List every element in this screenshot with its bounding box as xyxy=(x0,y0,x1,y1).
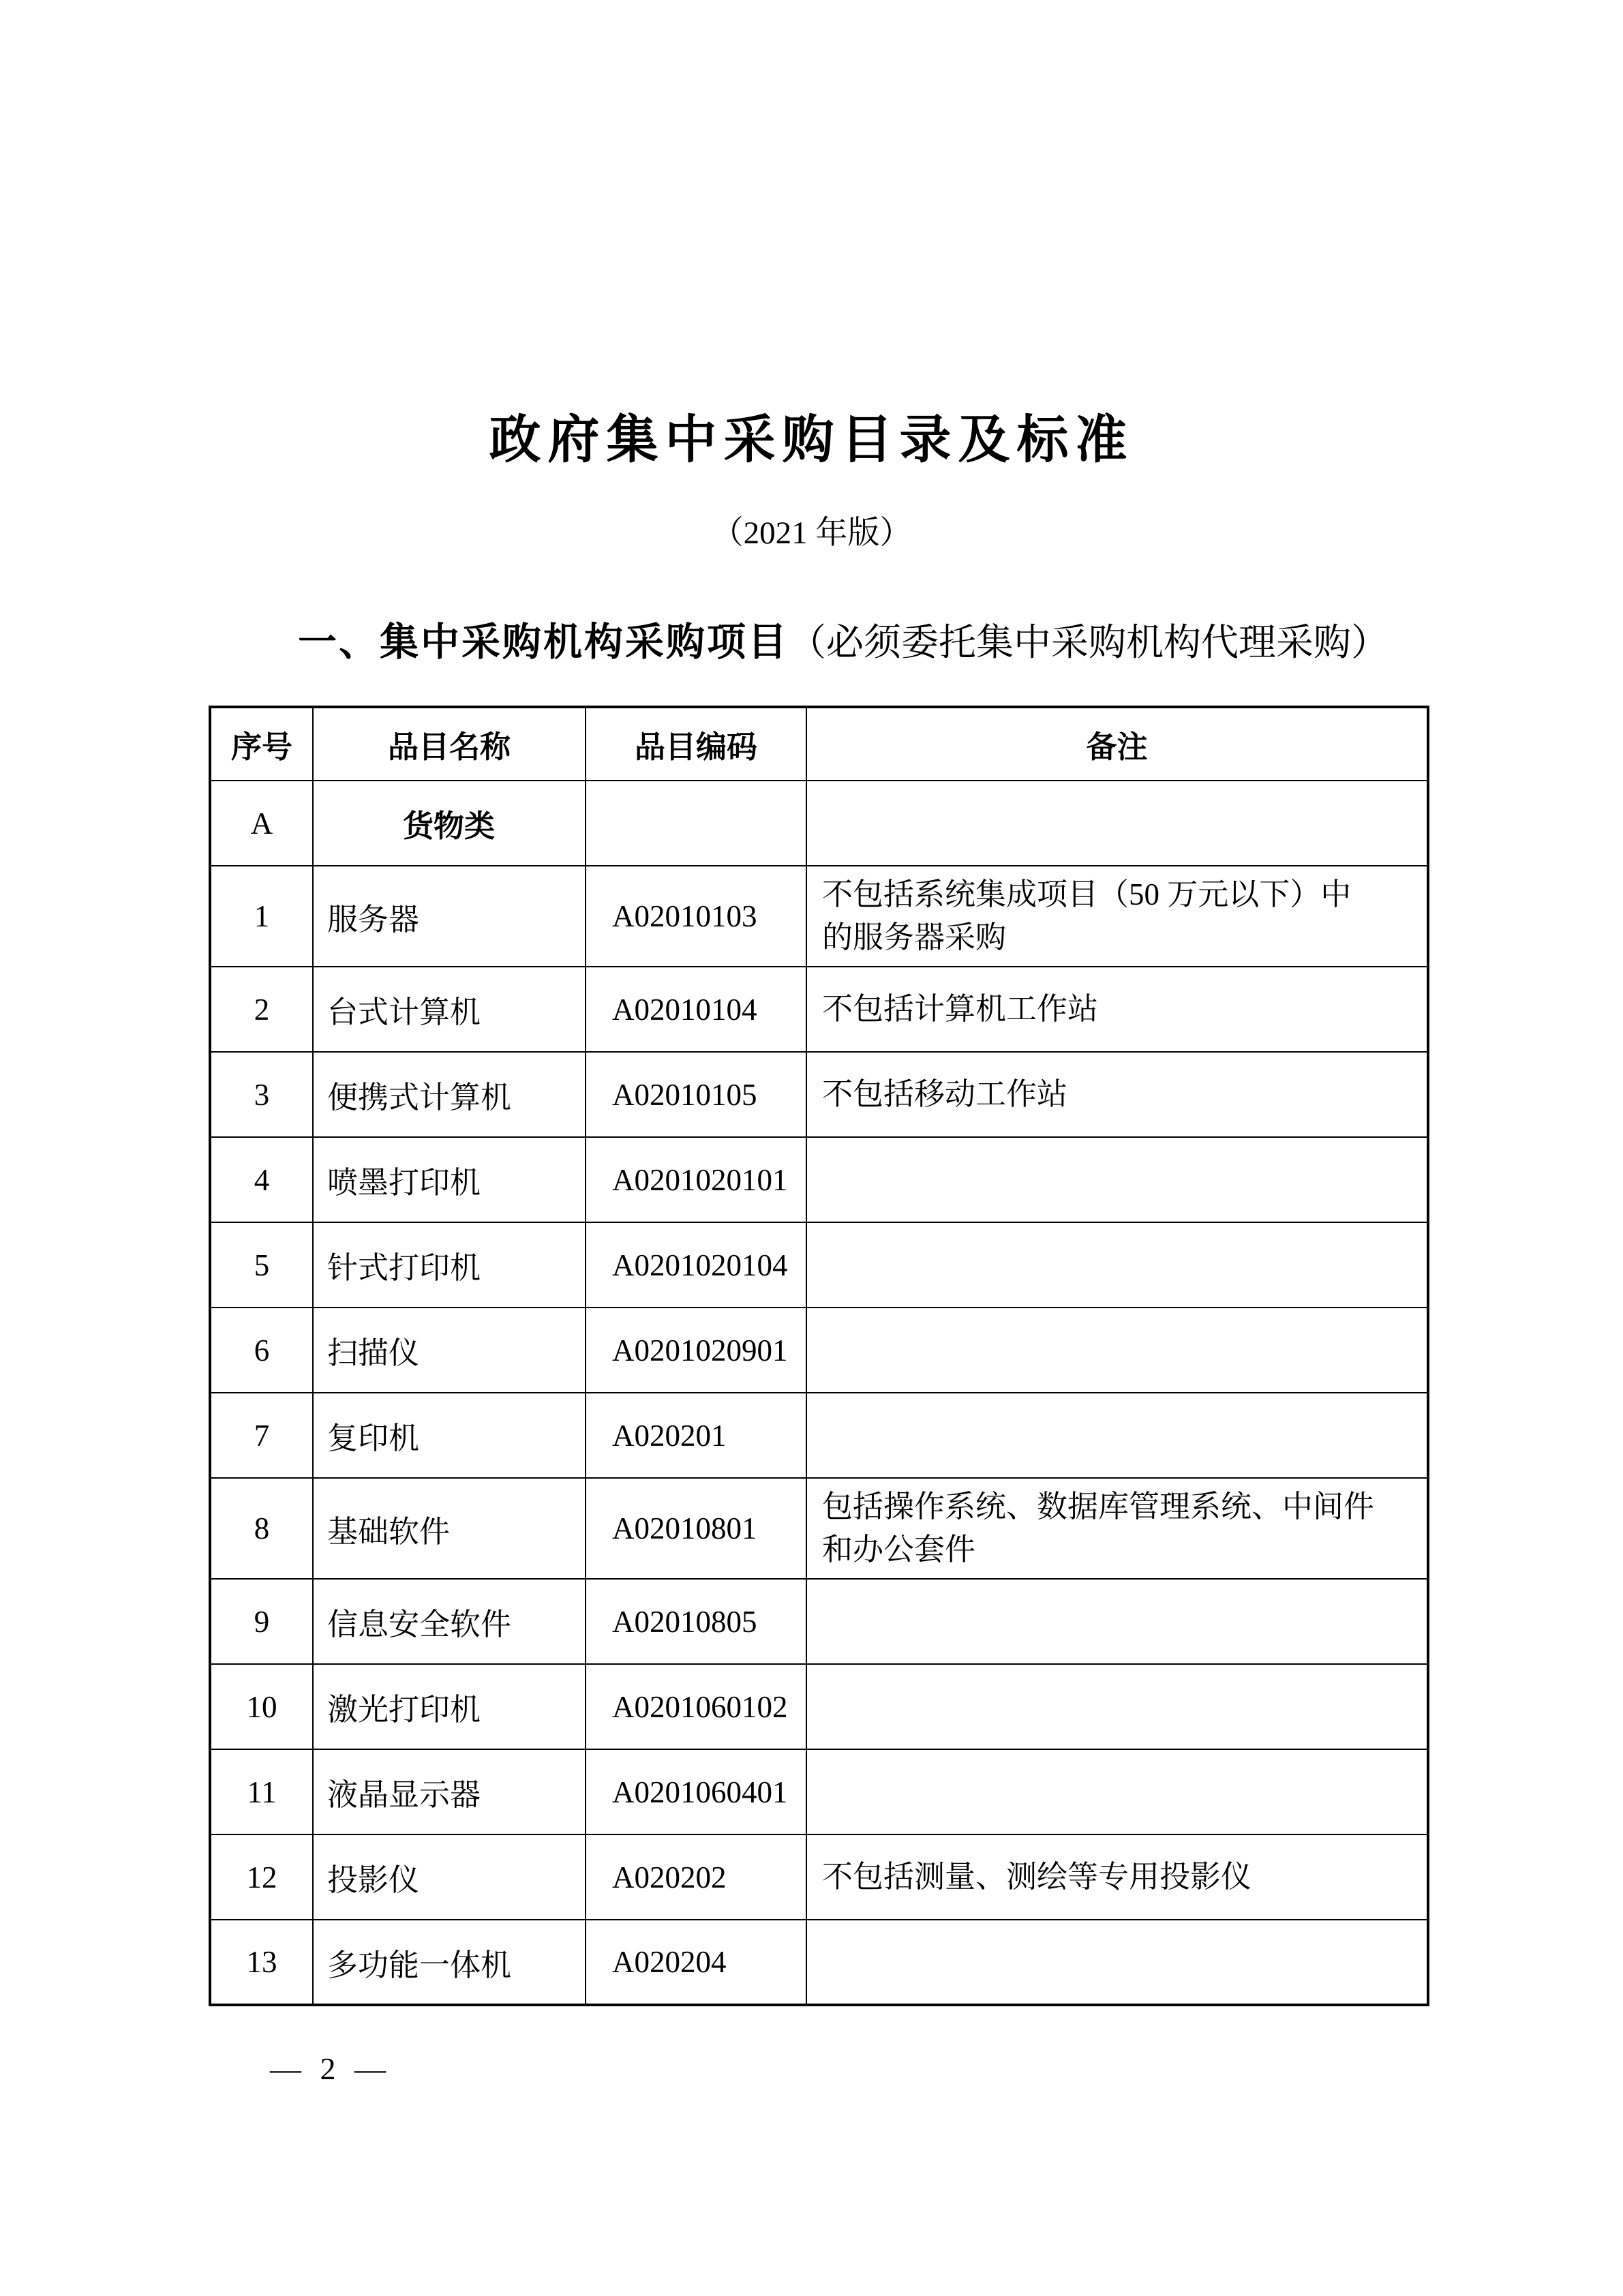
section-heading-main: 一、集中采购机构采购项目 xyxy=(298,620,789,664)
table-row: 11液晶显示器A0201060401 xyxy=(210,1749,1428,1834)
cell-item-code xyxy=(586,781,806,866)
cell-item-code: A02010105 xyxy=(586,1052,806,1137)
cell-item-name: 多功能一体机 xyxy=(313,1920,586,2005)
procurement-catalog-table: 序号 品目名称 品目编码 备注 A货物类1服务器A02010103不包括系统集成… xyxy=(209,706,1429,2006)
cell-remark: 不包括系统集成项目（50 万元以下）中 的服务器采购 xyxy=(806,866,1428,967)
cell-remark xyxy=(806,1222,1428,1308)
cell-item-code: A0201020901 xyxy=(586,1308,806,1393)
table-header-row: 序号 品目名称 品目编码 备注 xyxy=(210,707,1428,781)
cell-item-name: 针式打印机 xyxy=(313,1222,586,1308)
cell-item-name: 喷墨打印机 xyxy=(313,1137,586,1222)
section-heading-note: （必须委托集中采购机构代理采购） xyxy=(789,622,1389,663)
page-number: — 2 — xyxy=(270,2051,386,2087)
cell-remark xyxy=(806,1749,1428,1834)
cell-seq: 3 xyxy=(210,1052,313,1137)
cell-remark xyxy=(806,1137,1428,1222)
table-row: 5针式打印机A0201020104 xyxy=(210,1222,1428,1308)
cell-remark xyxy=(806,781,1428,866)
cell-seq: 9 xyxy=(210,1579,313,1664)
cell-seq: 6 xyxy=(210,1308,313,1393)
cell-item-name: 台式计算机 xyxy=(313,967,586,1052)
cell-seq: 5 xyxy=(210,1222,313,1308)
cell-item-code: A02010801 xyxy=(586,1478,806,1579)
cell-seq: A xyxy=(210,781,313,866)
cell-remark xyxy=(806,1920,1428,2005)
table-row: 2台式计算机A02010104不包括计算机工作站 xyxy=(210,967,1428,1052)
cell-item-code: A0201060401 xyxy=(586,1749,806,1834)
document-title: 政府集中采购目录及标准 xyxy=(0,398,1623,472)
table-row: 12投影仪A020202不包括测量、测绘等专用投影仪 xyxy=(210,1834,1428,1920)
cell-seq: 12 xyxy=(210,1834,313,1920)
cell-item-name: 服务器 xyxy=(313,866,586,967)
table-row: A货物类 xyxy=(210,781,1428,866)
cell-item-name: 复印机 xyxy=(313,1393,586,1478)
cell-item-name: 投影仪 xyxy=(313,1834,586,1920)
column-header-seq: 序号 xyxy=(210,707,313,781)
cell-item-code: A020202 xyxy=(586,1834,806,1920)
table-row: 7复印机A020201 xyxy=(210,1393,1428,1478)
cell-item-name: 便携式计算机 xyxy=(313,1052,586,1137)
cell-remark: 不包括移动工作站 xyxy=(806,1052,1428,1137)
cell-remark xyxy=(806,1579,1428,1664)
section-heading: 一、集中采购机构采购项目（必须委托集中采购机构代理采购） xyxy=(298,611,1389,667)
cell-seq: 10 xyxy=(210,1664,313,1749)
table-row: 8基础软件A02010801包括操作系统、数据库管理系统、中间件 和办公套件 xyxy=(210,1478,1428,1579)
cell-item-code: A0201020101 xyxy=(586,1137,806,1222)
document-page: 政府集中采购目录及标准 （2021 年版） 一、集中采购机构采购项目（必须委托集… xyxy=(0,0,1623,2296)
cell-remark xyxy=(806,1393,1428,1478)
cell-seq: 2 xyxy=(210,967,313,1052)
cell-seq: 11 xyxy=(210,1749,313,1834)
table-row: 6扫描仪A0201020901 xyxy=(210,1308,1428,1393)
cell-item-code: A020204 xyxy=(586,1920,806,2005)
table-row: 13多功能一体机A020204 xyxy=(210,1920,1428,2005)
cell-item-code: A02010104 xyxy=(586,967,806,1052)
cell-seq: 4 xyxy=(210,1137,313,1222)
table-body: A货物类1服务器A02010103不包括系统集成项目（50 万元以下）中 的服务… xyxy=(210,781,1428,2005)
cell-item-code: A0201020104 xyxy=(586,1222,806,1308)
cell-item-name: 扫描仪 xyxy=(313,1308,586,1393)
cell-item-code: A02010103 xyxy=(586,866,806,967)
table-row: 1服务器A02010103不包括系统集成项目（50 万元以下）中 的服务器采购 xyxy=(210,866,1428,967)
cell-remark xyxy=(806,1664,1428,1749)
cell-remark: 不包括测量、测绘等专用投影仪 xyxy=(806,1834,1428,1920)
cell-remark: 包括操作系统、数据库管理系统、中间件 和办公套件 xyxy=(806,1478,1428,1579)
cell-seq: 7 xyxy=(210,1393,313,1478)
table-row: 3便携式计算机A02010105不包括移动工作站 xyxy=(210,1052,1428,1137)
cell-item-name: 信息安全软件 xyxy=(313,1579,586,1664)
cell-seq: 1 xyxy=(210,866,313,967)
table-row: 10激光打印机A0201060102 xyxy=(210,1664,1428,1749)
cell-item-name: 激光打印机 xyxy=(313,1664,586,1749)
cell-remark: 不包括计算机工作站 xyxy=(806,967,1428,1052)
cell-item-code: A02010805 xyxy=(586,1579,806,1664)
cell-seq: 13 xyxy=(210,1920,313,2005)
column-header-remark: 备注 xyxy=(806,707,1428,781)
cell-seq: 8 xyxy=(210,1478,313,1579)
cell-item-code: A020201 xyxy=(586,1393,806,1478)
cell-remark xyxy=(806,1308,1428,1393)
document-subtitle: （2021 年版） xyxy=(0,507,1623,553)
table-row: 4喷墨打印机A0201020101 xyxy=(210,1137,1428,1222)
cell-item-name: 基础软件 xyxy=(313,1478,586,1579)
cell-item-name: 货物类 xyxy=(313,781,586,866)
column-header-code: 品目编码 xyxy=(586,707,806,781)
table-row: 9信息安全软件A02010805 xyxy=(210,1579,1428,1664)
cell-item-name: 液晶显示器 xyxy=(313,1749,586,1834)
column-header-name: 品目名称 xyxy=(313,707,586,781)
cell-item-code: A0201060102 xyxy=(586,1664,806,1749)
